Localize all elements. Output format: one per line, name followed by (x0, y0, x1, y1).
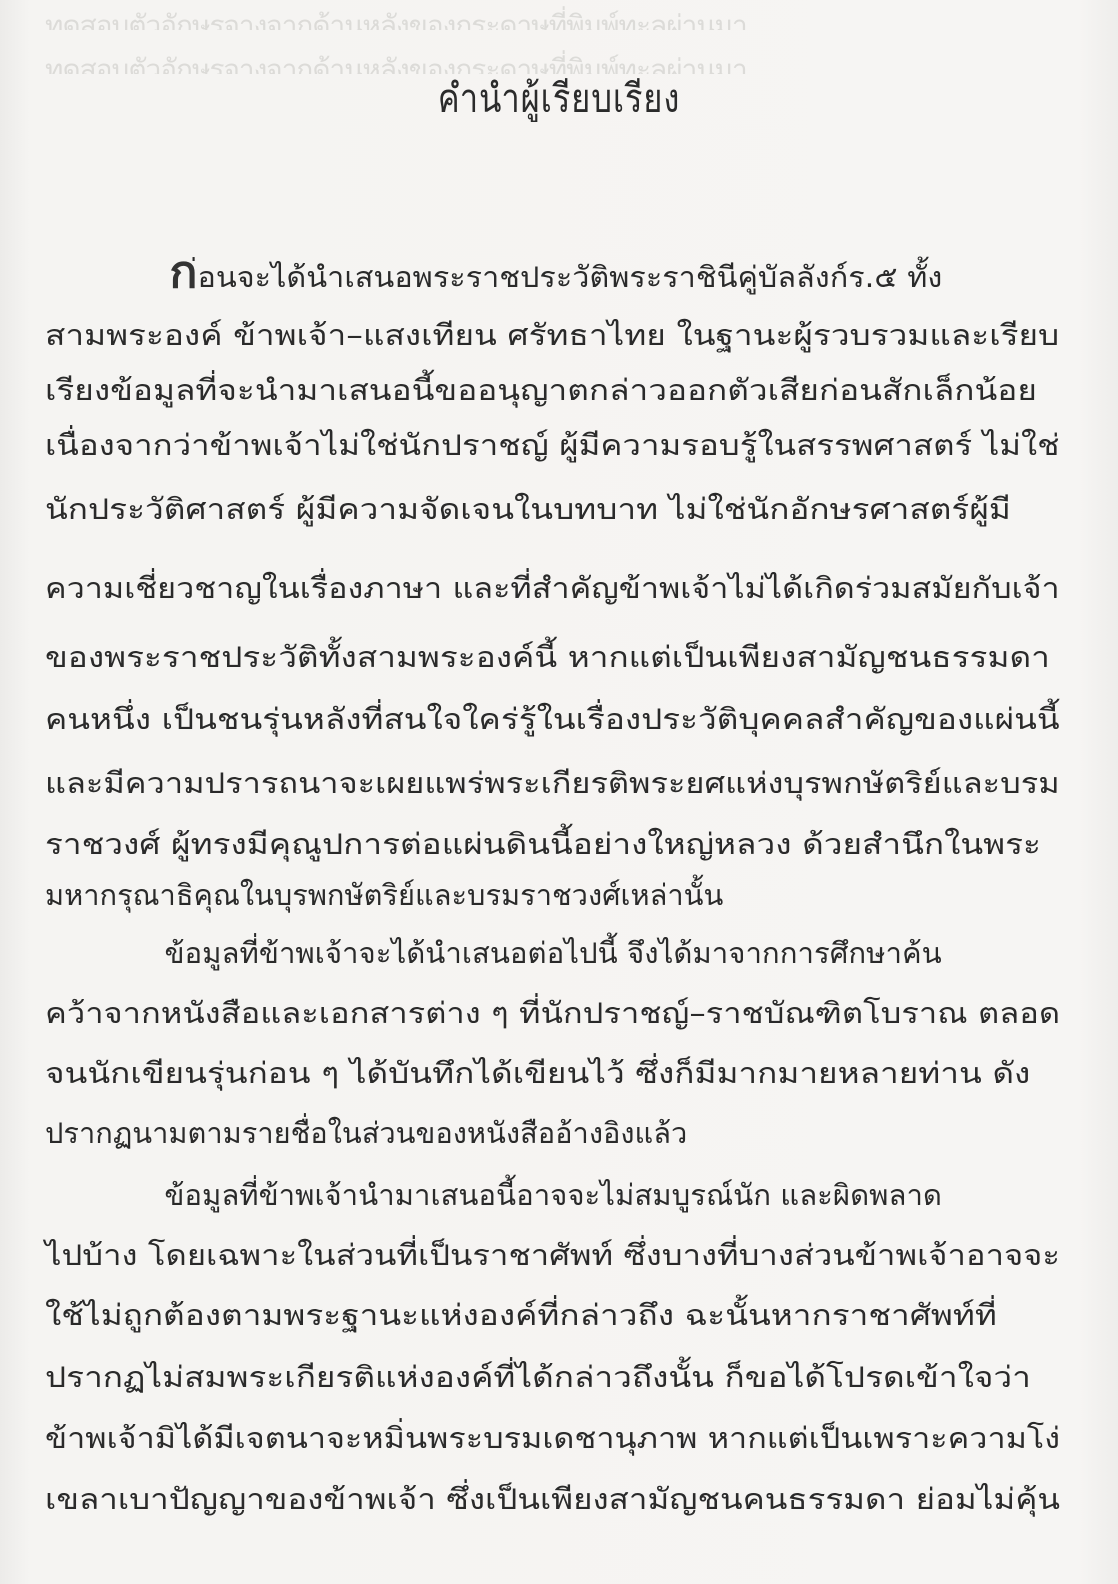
paragraph-3-line-4: ปรากฏไม่สมพระเกียรติแห่งองค์ที่ได้กล่าวถ… (45, 1354, 1031, 1400)
paragraph-1-line-11: มหากรุณาธิคุณในบุรพกษัตริย์และบรมราชวงศ์… (45, 872, 723, 918)
paragraph-1-line-10: ราชวงศ์ ผู้ทรงมีคุณูปการต่อแผ่นดินนี้อย่… (45, 821, 1041, 867)
dropcap: ก (169, 247, 197, 298)
paragraph-1-line-3: เรียงข้อมูลที่จะนำมาเสนอนี้ขออนุญาตกล่าว… (45, 367, 1037, 413)
paragraph-1-line-4: เนื่องจากว่าข้าพเจ้าไม่ใช่นักปราชญ์ ผู้ม… (45, 422, 1060, 468)
paragraph-1-line-7: ของพระราชประวัติทั้งสามพระองค์นี้ หากแต่… (45, 634, 1050, 680)
page-title: คำนำผู้เรียบเรียง (101, 66, 1018, 130)
paragraph-3-line-5: ข้าพเจ้ามิได้มีเจตนาจะหมิ่นพระบรมเดชานุภ… (45, 1415, 1060, 1461)
paragraph-1-line-8: คนหนึ่ง เป็นชนรุ่นหลังที่สนใจใคร่รู้ในเร… (45, 696, 1060, 742)
paragraph-3-line-2: ไปบ้าง โดยเฉพาะในส่วนที่เป็นราชาศัพท์ ซึ… (45, 1232, 1060, 1278)
paragraph-2-line-1: ข้อมูลที่ข้าพเจ้าจะได้นำเสนอต่อไปนี้ จึง… (45, 930, 942, 976)
paragraph-3-line-6: เขลาเบาปัญญาของข้าพเจ้า ซึ่งเป็นเพียงสาม… (45, 1476, 1060, 1522)
paragraph-3-line-3: ใช้ไม่ถูกต้องตามพระฐานะแห่งองค์ที่กล่าวถ… (45, 1292, 997, 1338)
paragraph-1-line-5: นักประวัติศาสตร์ ผู้มีความจัดเจนในบทบาท … (45, 486, 1011, 532)
paragraph-3-line-1: ข้อมูลที่ข้าพเจ้านำมาเสนอนี้อาจจะไม่สมบู… (45, 1172, 942, 1218)
paragraph-1-line-6: ความเชี่ยวชาญในเรื่องภาษา และที่สำคัญข้า… (45, 565, 1060, 611)
paragraph-1-line-2: สามพระองค์ ข้าพเจ้า–แสงเทียน ศรัทธาไทย ใ… (45, 312, 1059, 358)
paragraph-1-line-1: ก่อนจะได้นำเสนอพระราชประวัติพระราชินีคู่… (45, 237, 942, 307)
scanned-page: ทดสอบตัวอักษรจางจากด้านหลังของกระดาษที่พ… (0, 0, 1118, 1584)
paragraph-2-line-4: ปรากฏนามตามรายชื่อในส่วนของหนังสืออ้างอิ… (45, 1110, 687, 1156)
paragraph-2-line-3: จนนักเขียนรุ่นก่อน ๆ ได้บันทึกได้เขียนไว… (45, 1050, 1030, 1096)
bleed-through-text: ทดสอบตัวอักษรจางจากด้านหลังของกระดาษที่พ… (45, 4, 1065, 30)
paragraph-2-line-2: คว้าจากหนังสือและเอกสารต่าง ๆ ที่นักปราช… (45, 990, 1060, 1036)
paragraph-1-line-9: และมีความปรารถนาจะเผยแพร่พระเกียรติพระยศ… (45, 760, 1060, 806)
